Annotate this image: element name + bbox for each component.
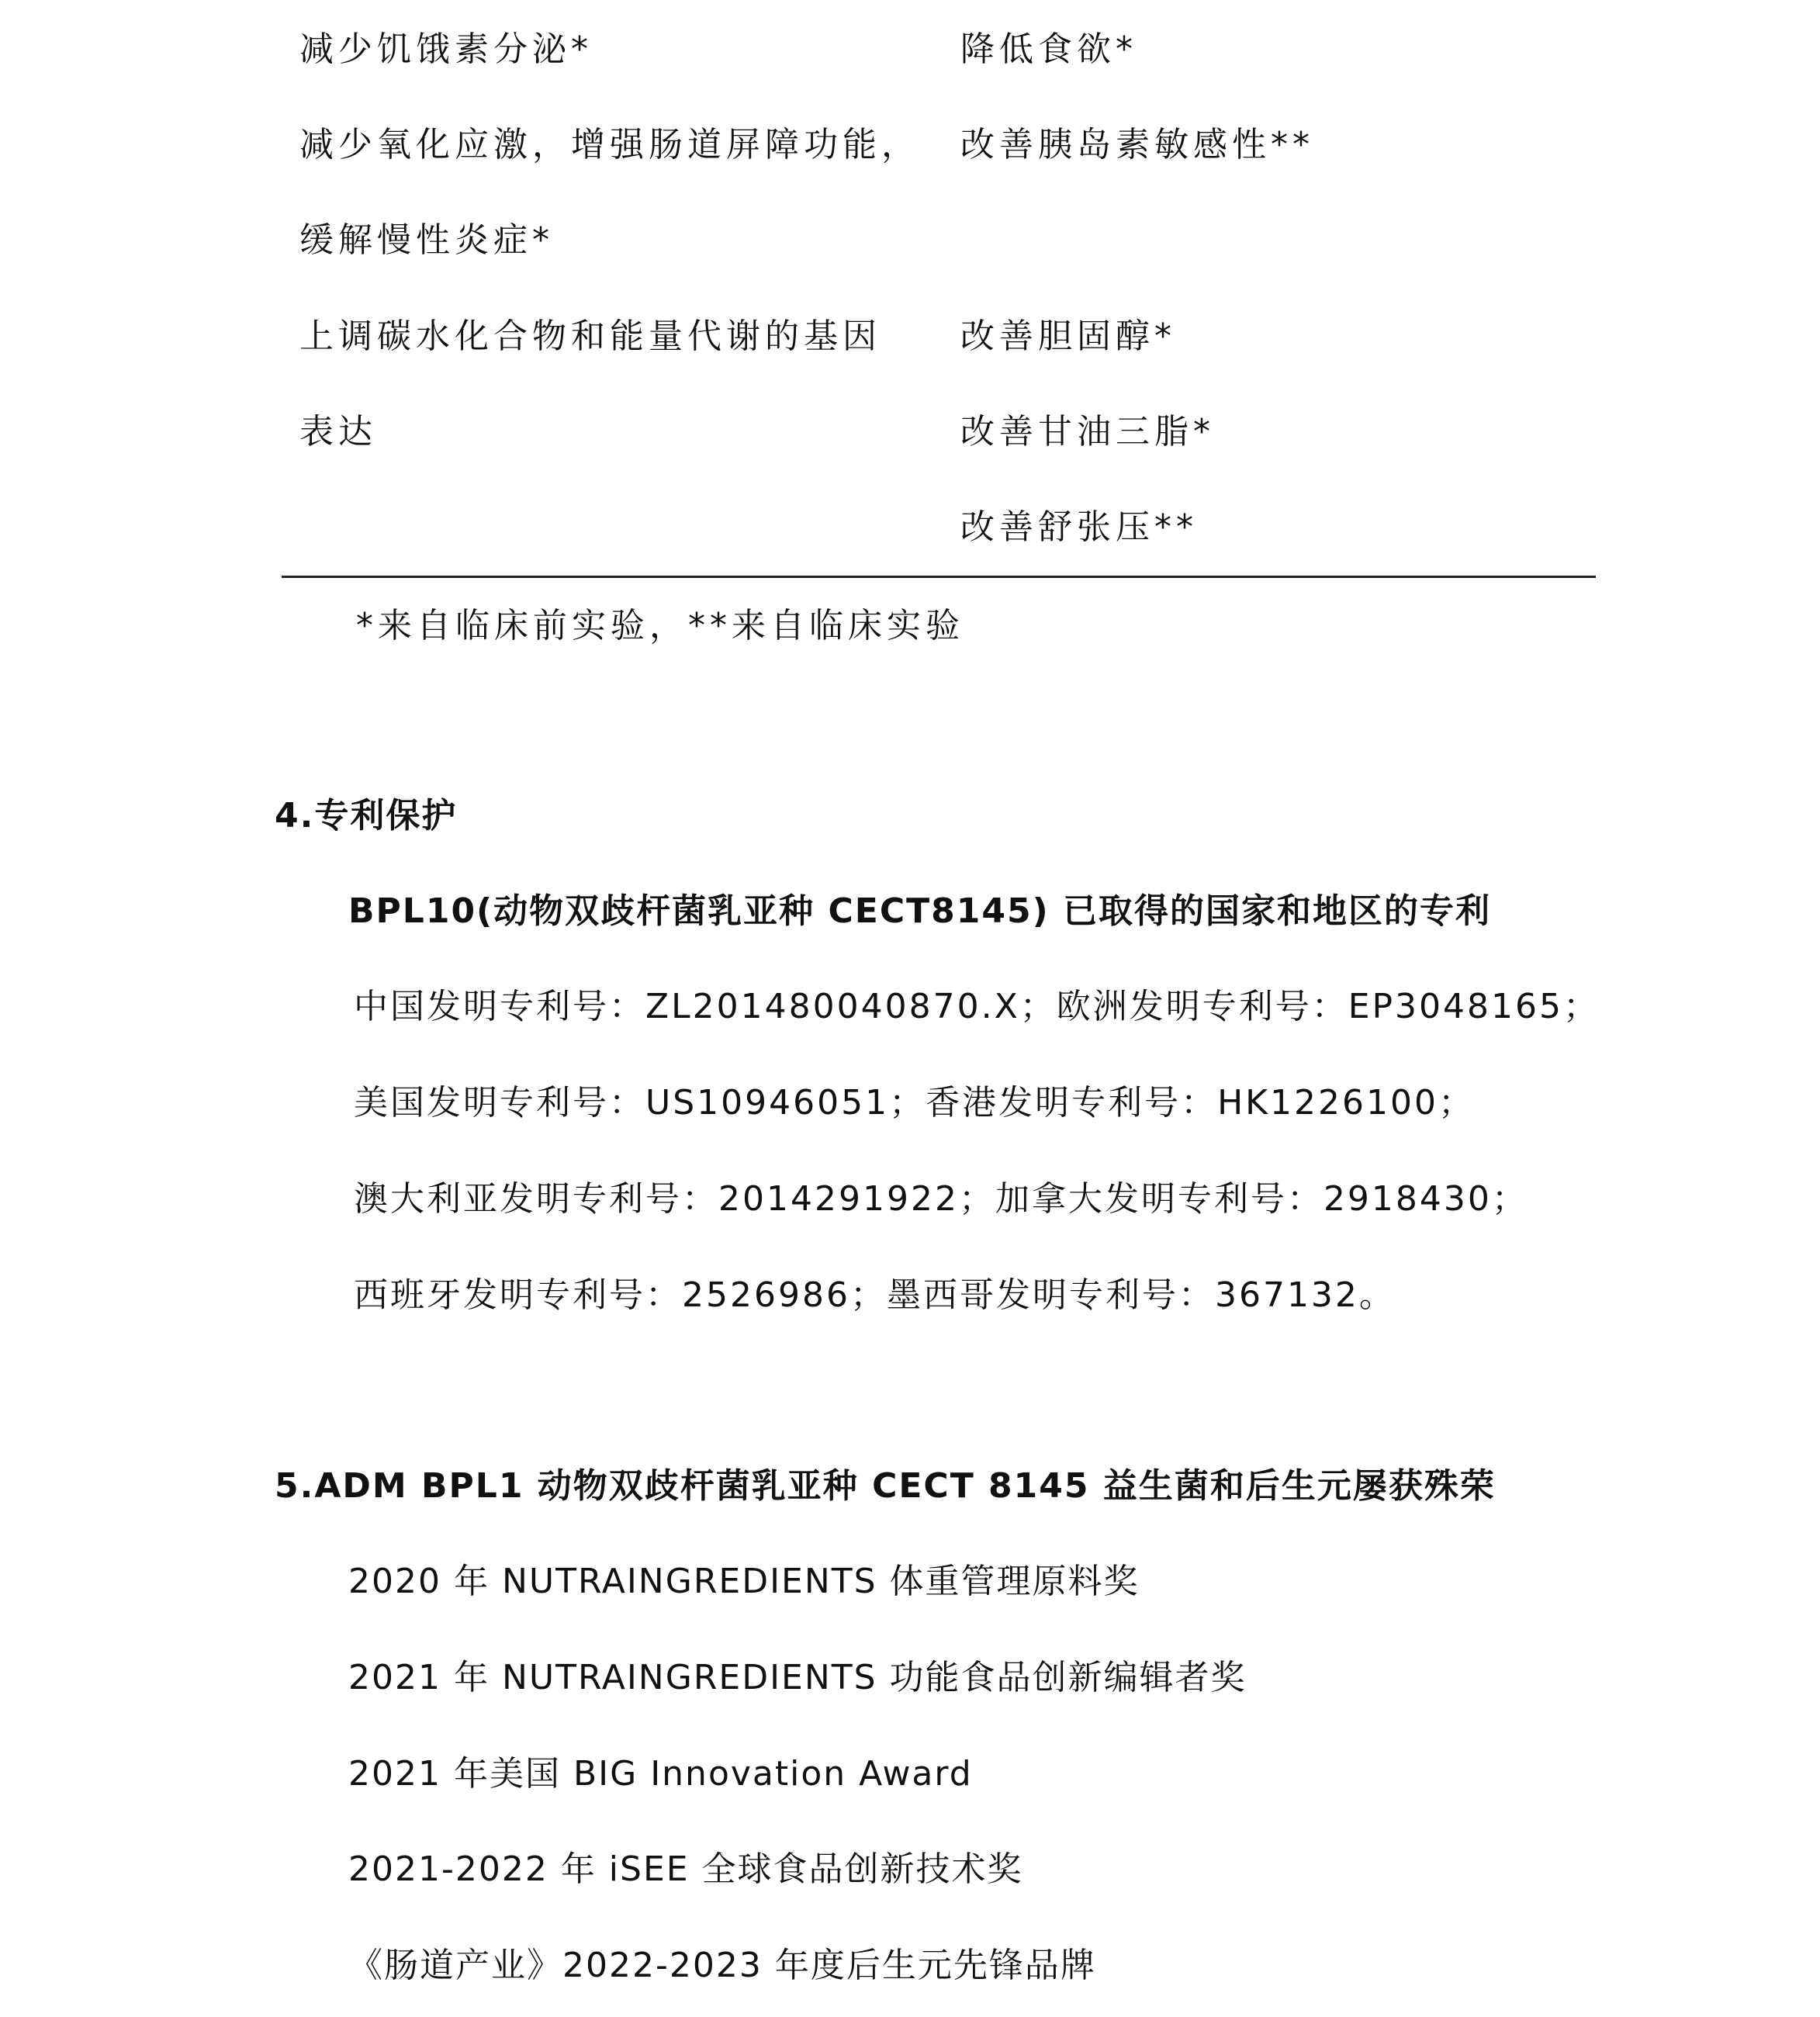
benefit-left-1: 减少饥饿素分泌* bbox=[299, 26, 593, 73]
patent-line-2: 美国发明专利号：US10946051；香港发明专利号：HK1226100； bbox=[354, 1080, 1475, 1126]
section5-heading: 5.ADM BPL1 动物双歧杆菌乳亚种 CECT 8145 益生菌和后生元屡获… bbox=[275, 1463, 1496, 1510]
benefit-right-5: 改善舒张压** bbox=[960, 504, 1198, 551]
table-bottom-rule bbox=[282, 576, 1596, 578]
benefit-left-4: 上调碳水化合物和能量代谢的基因 bbox=[299, 313, 881, 360]
award-2: 2021 年 NUTRAINGREDIENTS 功能食品创新编辑者奖 bbox=[348, 1655, 1247, 1701]
benefit-right-3: 改善胆固醇* bbox=[960, 313, 1176, 360]
patent-line-1: 中国发明专利号：ZL201480040870.X；欧洲发明专利号：EP30481… bbox=[354, 984, 1600, 1030]
benefit-right-1: 降低食欲* bbox=[960, 26, 1137, 73]
table-footnote: *来自临床前实验，**来自临床实验 bbox=[356, 603, 964, 649]
patent-line-3: 澳大利亚发明专利号：2014291922；加拿大发明专利号：2918430； bbox=[354, 1176, 1528, 1223]
benefit-left-5: 表达 bbox=[299, 409, 377, 455]
benefit-right-2: 改善胰岛素敏感性** bbox=[960, 122, 1314, 168]
section4-heading: 4.专利保护 bbox=[275, 793, 457, 839]
section4-subheading: BPL10(动物双歧杆菌乳亚种 CECT8145) 已取得的国家和地区的专利 bbox=[348, 888, 1491, 935]
award-4: 2021-2022 年 iSEE 全球食品创新技术奖 bbox=[348, 1846, 1023, 1893]
benefit-right-4: 改善甘油三脂* bbox=[960, 409, 1215, 455]
award-3: 2021 年美国 BIG Innovation Award bbox=[348, 1751, 973, 1797]
award-5: 《肠道产业》2022-2023 年度后生元先锋品牌 bbox=[348, 1943, 1096, 1989]
award-1: 2020 年 NUTRAINGREDIENTS 体重管理原料奖 bbox=[348, 1559, 1140, 1605]
benefit-left-3: 缓解慢性炎症* bbox=[299, 217, 554, 264]
benefit-left-2: 减少氧化应激，增强肠道屏障功能， bbox=[299, 122, 920, 168]
patent-line-4: 西班牙发明专利号：2526986；墨西哥发明专利号：367132。 bbox=[354, 1272, 1396, 1319]
